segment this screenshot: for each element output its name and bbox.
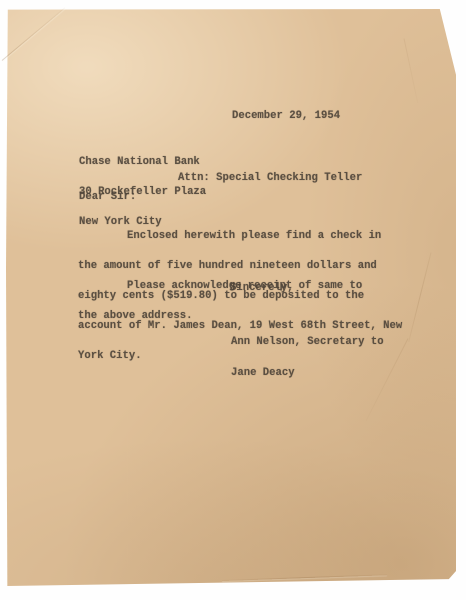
closing: Sincerely, <box>230 283 294 293</box>
salutation: Dear Sir: <box>79 192 136 202</box>
signature-principal: Jane Deacy <box>231 368 384 379</box>
attention-line: Attn: Special Checking Teller <box>178 173 362 183</box>
signature-block: Ann Nelson, Secretary to Jane Deacy <box>231 317 384 399</box>
letter-date: December 29, 1954 <box>232 111 340 121</box>
recipient-name: Chase National Bank <box>79 157 206 167</box>
body-line: Enclosed herewith please find a check in <box>78 231 402 241</box>
signature-secretary: Ann Nelson, Secretary to <box>231 337 384 348</box>
letter-scan: December 29, 1954 Chase National Bank 30… <box>0 0 466 600</box>
body-line: Please acknowledge receipt of same to <box>78 281 362 291</box>
